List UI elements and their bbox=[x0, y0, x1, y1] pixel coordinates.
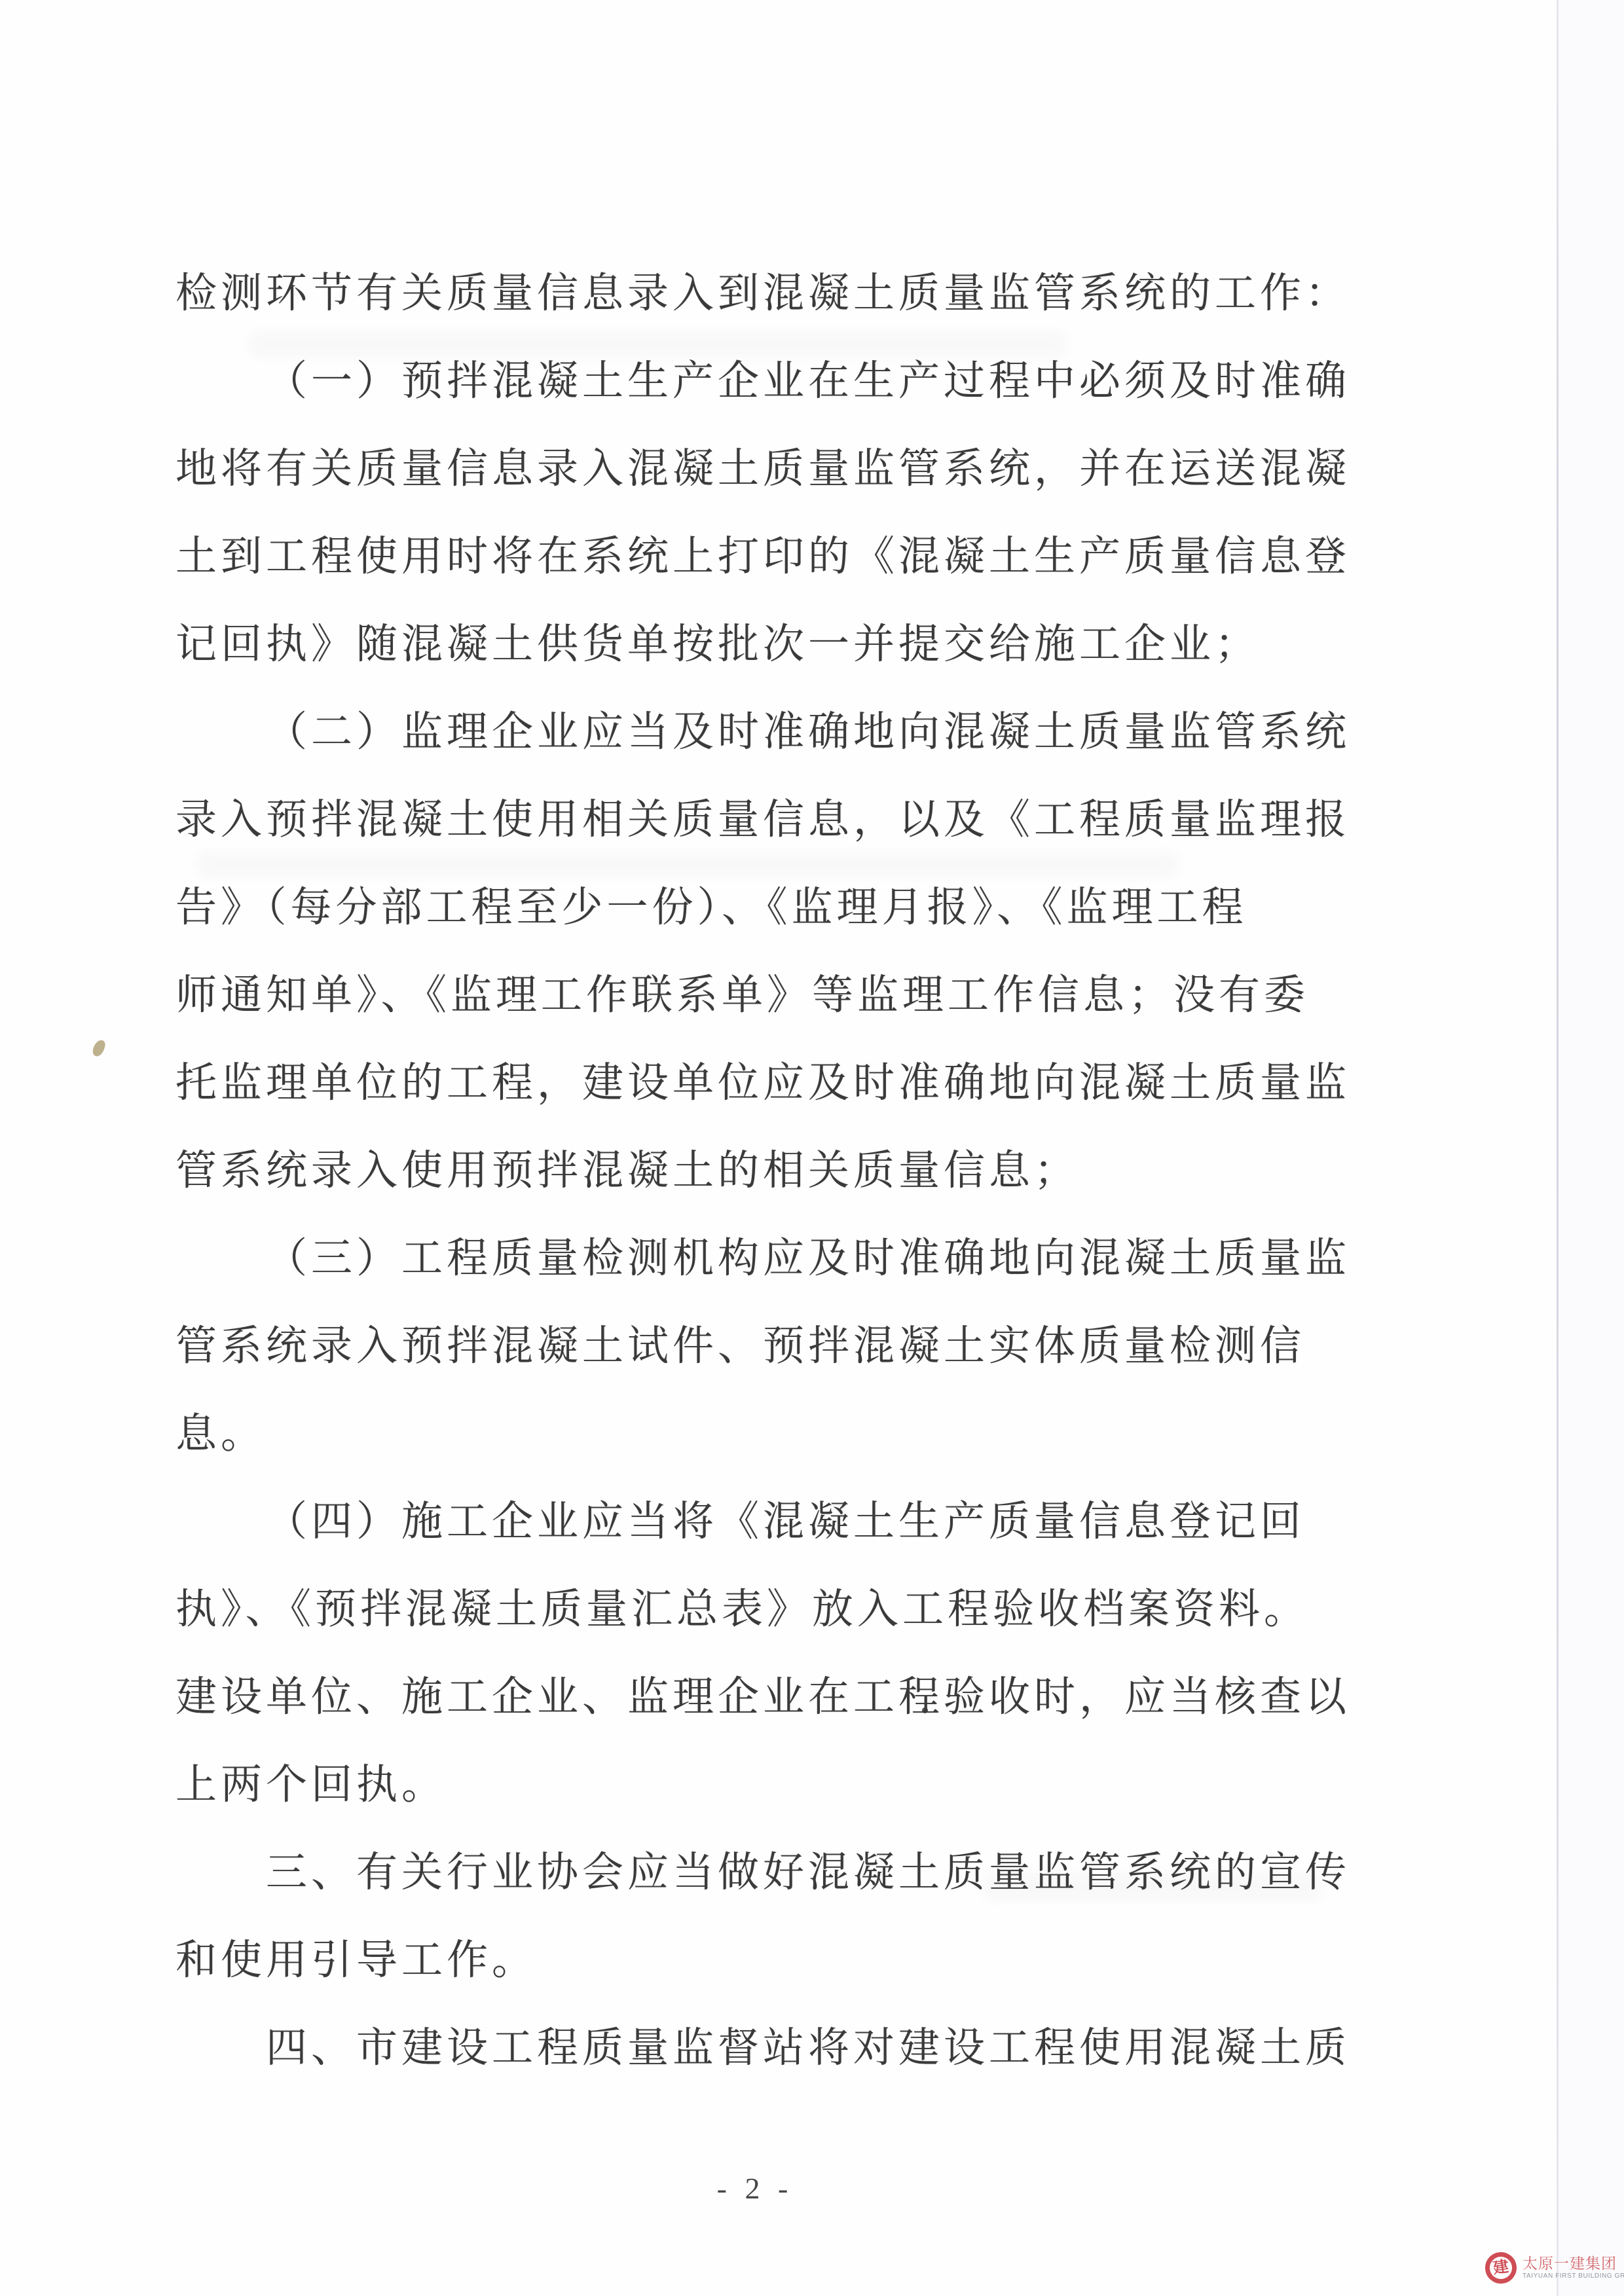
document-line: （二）监理企业应当及时准确地向混凝土质量监管系统 bbox=[175, 688, 1380, 776]
document-body: 检测环节有关质量信息录入到混凝土质量监管系统的工作： （一）预拌混凝土生产企业在… bbox=[175, 249, 1380, 2092]
company-name-en: TAIYUAN FIRST BUILDING GROUP bbox=[1522, 2272, 1624, 2280]
document-line: 息。 bbox=[175, 1390, 1380, 1478]
document-line: 记回执》随混凝土供货单按批次一并提交给施工企业； bbox=[175, 600, 1380, 688]
document-line: 师通知单》、《监理工作联系单》等监理工作信息；没有委 bbox=[175, 951, 1380, 1039]
document-line: 三、有关行业协会应当做好混凝土质量监管系统的宣传 bbox=[175, 1829, 1380, 1916]
document-line: 建设单位、施工企业、监理企业在工程验收时，应当核查以 bbox=[175, 1653, 1380, 1741]
document-line: （三）工程质量检测机构应及时准确地向混凝土质量监 bbox=[175, 1214, 1380, 1302]
document-line: 土到工程使用时将在系统上打印的《混凝土生产质量信息登 bbox=[175, 513, 1380, 600]
document-line: 管系统录入预拌混凝土试件、预拌混凝土实体质量检测信 bbox=[175, 1302, 1380, 1390]
scanned-document-page: 检测环节有关质量信息录入到混凝土质量监管系统的工作： （一）预拌混凝土生产企业在… bbox=[0, 0, 1624, 2296]
document-line: 地将有关质量信息录入混凝土质量监管系统，并在运送混凝 bbox=[175, 425, 1380, 513]
document-line: 托监理单位的工程，建设单位应及时准确地向混凝土质量监 bbox=[175, 1039, 1380, 1127]
scan-speck bbox=[91, 1038, 107, 1058]
document-line: 录入预拌混凝土使用相关质量信息，以及《工程质量监理报 bbox=[175, 776, 1380, 864]
document-line: 和使用引导工作。 bbox=[175, 1916, 1380, 2004]
document-line: 告》（每分部工程至少一份）、《监理月报》、《监理工程 bbox=[175, 864, 1380, 951]
document-line: 上两个回执。 bbox=[175, 1741, 1380, 1829]
company-logo-text: 太原一建集团 TAIYUAN FIRST BUILDING GROUP bbox=[1522, 2255, 1624, 2280]
company-logo-icon: 建 bbox=[1483, 2250, 1519, 2286]
document-line: 执》、《预拌混凝土质量汇总表》放入工程验收档案资料。 bbox=[175, 1565, 1380, 1653]
document-line: （四）施工企业应当将《混凝土生产质量信息登记回 bbox=[175, 1478, 1380, 1565]
document-line: （一）预拌混凝土生产企业在生产过程中必须及时准确 bbox=[175, 337, 1380, 425]
document-line: 检测环节有关质量信息录入到混凝土质量监管系统的工作： bbox=[175, 249, 1380, 337]
page-number: - 2 - bbox=[683, 2171, 827, 2206]
company-logo: 建 太原一建集团 TAIYUAN FIRST BUILDING GROUP bbox=[1485, 2252, 1624, 2284]
scan-fold-line bbox=[1557, 0, 1559, 2296]
document-line: 管系统录入使用预拌混凝土的相关质量信息； bbox=[175, 1127, 1380, 1214]
scan-edge-band bbox=[1559, 0, 1624, 2296]
company-name-zh: 太原一建集团 bbox=[1522, 2255, 1624, 2272]
document-line: 四、市建设工程质量监督站将对建设工程使用混凝土质 bbox=[175, 2004, 1380, 2092]
